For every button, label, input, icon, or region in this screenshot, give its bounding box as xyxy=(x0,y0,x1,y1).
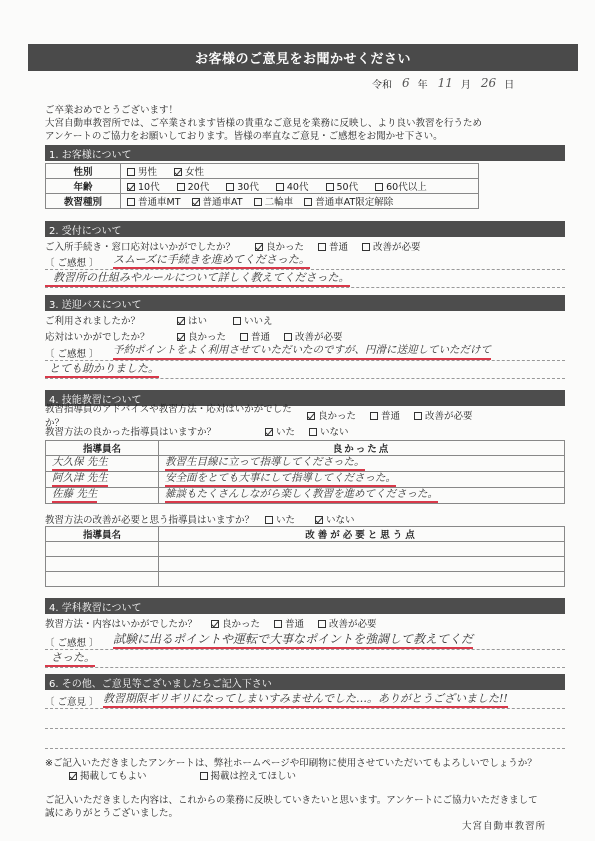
checkbox-checked-icon[interactable] xyxy=(177,333,185,341)
checkbox-icon[interactable] xyxy=(233,317,241,325)
opinion-line-2[interactable] xyxy=(45,710,565,729)
bus-impression-line-1[interactable]: 〔 ご感想 〕 予約ポイントをよく利用させていただいたのですが、円滑に送迎してい… xyxy=(45,344,565,361)
section-header-customer: 1. お客様について xyxy=(45,145,565,161)
instructor-name-cell[interactable]: 佐藤 先生 xyxy=(46,488,159,504)
impression-text: 予約ポイントをよく利用させていただいたのですが、円滑に送迎していただけて xyxy=(113,343,491,360)
instructor-name: 大久保 先生 xyxy=(52,456,108,471)
publish-question: ※ご記入いただきましたアンケートは、弊社ホームページや印刷物に使用させていただい… xyxy=(45,757,575,770)
instructor-name: 阿久津 先生 xyxy=(52,472,108,487)
option-label: 普通 xyxy=(285,619,304,630)
question-text: ご利用されましたか？ xyxy=(45,313,177,327)
closing-line: 誠にありがとうございました。 xyxy=(45,807,575,820)
improve-instructor-table: 指導員名 改善が必要と思う点 xyxy=(45,526,565,587)
table-row xyxy=(46,572,565,587)
row-options: 普通車MT 普通車AT 二輪車 普通車AT限定解除 xyxy=(121,194,479,209)
table-row xyxy=(46,557,565,572)
checkbox-icon[interactable] xyxy=(226,183,234,191)
option-label: いいえ xyxy=(244,316,273,327)
closing-line: ご記入いただきました内容は、これからの業務に反映していきたいと思います。アンケー… xyxy=(45,794,575,807)
option-needs-improvement[interactable]: 改善が必要 xyxy=(284,329,343,343)
checkbox-icon[interactable] xyxy=(127,168,135,176)
option-label: 改善が必要 xyxy=(425,411,473,422)
question-text: 応対はいかがでしたか？ xyxy=(45,329,177,343)
opinion-label: 〔 ご意見 〕 xyxy=(45,694,103,708)
checkbox-checked-icon[interactable] xyxy=(315,516,323,524)
table-row-course: 教習種別 普通車MT 普通車AT 二輪車 普通車AT限定解除 xyxy=(46,194,479,209)
option-normal[interactable]: 普通 xyxy=(240,329,270,343)
option-label: 良かった xyxy=(222,619,260,630)
date-month-unit: 月 xyxy=(461,76,471,91)
option-good[interactable]: 良かった xyxy=(307,408,356,422)
survey-title: お客様のご意見をお聞かせください xyxy=(28,44,578,71)
row-options: 男性 女性 xyxy=(121,164,479,179)
date-day-unit: 日 xyxy=(504,76,514,91)
option-normal[interactable]: 普通 xyxy=(274,616,304,630)
table-row: 大久保 先生 教習生目線に立って指導してくださった。 xyxy=(46,456,565,472)
option-label: いた xyxy=(276,515,295,526)
option-needs-improvement[interactable]: 改善が必要 xyxy=(318,616,377,630)
date-year-unit: 年 xyxy=(418,76,428,91)
intro-line: 大宮自動車教習所では、ご卒業されます皆様の貴重なご意見を業務に反映し、より良い教… xyxy=(45,117,565,130)
good-point-text: 雑談もたくさんしながら楽しく教習を進めてくださった。 xyxy=(165,488,438,503)
good-point-text: 安全面をとても大事にして指導してくださった。 xyxy=(165,472,396,487)
classroom-question: 教習方法・内容はいかがでしたか？ 良かった 普通 改善が必要 xyxy=(45,615,565,630)
improve-point-cell[interactable] xyxy=(159,572,565,587)
bus-service-question: 応対はいかがでしたか？ 良かった 普通 改善が必要 xyxy=(45,328,565,343)
option-label: 改善が必要 xyxy=(295,332,343,343)
option-30s[interactable]: 30代 xyxy=(226,179,259,193)
checkbox-checked-icon[interactable] xyxy=(307,412,315,420)
column-header-good-points: 良かった点 xyxy=(159,441,565,456)
instructor-name: 佐藤 先生 xyxy=(52,488,97,503)
reception-impression-line-1[interactable]: 〔 ご感想 〕 スムーズに手続きを進めてくださった。 xyxy=(45,254,565,270)
option-label: 良かった xyxy=(266,242,304,253)
checkbox-checked-icon[interactable] xyxy=(265,428,273,436)
impression-text: 教習所の仕組みやルールについて詳しく教えてくださった。 xyxy=(45,270,350,287)
improve-point-cell[interactable] xyxy=(159,557,565,572)
date-day[interactable]: 26 xyxy=(481,76,496,90)
intro-text: ご卒業おめでとうございます！ 大宮自動車教習所では、ご卒業されます皆様の貴重なご… xyxy=(45,104,565,143)
option-label: 良かった xyxy=(188,332,226,343)
improve-point-cell[interactable] xyxy=(159,542,565,557)
option-10s[interactable]: 10代 xyxy=(127,179,160,193)
opinion-text: 教習期限ギリギリになってしまいすみませんでした…。ありがとうございました!! xyxy=(103,691,508,708)
option-good[interactable]: 良かった xyxy=(255,239,304,253)
column-header-instructor: 指導員名 xyxy=(46,527,159,542)
option-publish-ok[interactable]: 掲載してもよい xyxy=(69,770,147,783)
option-motorcycle[interactable]: 二輪車 xyxy=(254,194,294,208)
option-label: 女性 xyxy=(185,167,204,178)
opinion-line-1[interactable]: 〔 ご意見 〕 教習期限ギリギリになってしまいすみませんでした…。ありがとうござ… xyxy=(45,691,565,709)
good-instructor-table: 指導員名 良かった点 大久保 先生 教習生目線に立って指導してくださった。 阿久… xyxy=(45,440,565,504)
option-no[interactable]: いいえ xyxy=(233,313,273,327)
impression-text: 試験に出るポイントや運転で大事なポイントを強調して教えてくだ xyxy=(113,632,473,649)
impression-label: 〔 ご感想 〕 xyxy=(45,635,113,649)
instructor-name-cell[interactable]: 大久保 先生 xyxy=(46,456,159,472)
column-header-improve-points: 改善が必要と思う点 xyxy=(159,527,565,542)
option-60s-plus[interactable]: 60代以上 xyxy=(375,179,427,193)
option-label: 二輪車 xyxy=(265,197,294,208)
column-header-instructor: 指導員名 xyxy=(46,441,159,456)
impression-text: さった。 xyxy=(45,650,95,667)
option-at-limit-removal[interactable]: 普通車AT限定解除 xyxy=(304,194,393,208)
bus-usage-question: ご利用されましたか？ はい いいえ xyxy=(45,312,565,327)
checkbox-icon[interactable] xyxy=(326,183,334,191)
checkbox-icon[interactable] xyxy=(375,183,383,191)
option-40s[interactable]: 40代 xyxy=(276,179,309,193)
option-male[interactable]: 男性 xyxy=(127,164,157,178)
impression-label: 〔 ご感想 〕 xyxy=(45,346,113,360)
option-label: 普通 xyxy=(329,242,348,253)
option-label: 60代以上 xyxy=(386,182,427,193)
section-header-reception: 2. 受付について xyxy=(45,221,565,237)
option-label: 10代 xyxy=(138,182,160,193)
table-header-row: 指導員名 改善が必要と思う点 xyxy=(46,527,565,542)
checkbox-icon[interactable] xyxy=(200,772,208,780)
checkbox-checked-icon[interactable] xyxy=(174,168,182,176)
row-label: 年齢 xyxy=(46,179,121,194)
option-publish-decline[interactable]: 掲載は控えてほしい xyxy=(200,770,297,783)
reception-question: ご入所手続き・窓口応対はいかがでしたか？ 良かった 普通 改善が必要 xyxy=(45,238,565,253)
section-header-other-comments: 6. その他、ご意見等ございましたらご記入下さい xyxy=(45,674,565,690)
date-line: 令和 6 年 11 月 26 日 xyxy=(372,73,572,93)
instructor-name-cell[interactable] xyxy=(46,557,159,572)
customer-info-table: 性別 男性 女性 年齢 10代 20代 30代 40代 50代 60代以上 教習… xyxy=(45,163,479,209)
option-label: 40代 xyxy=(287,182,309,193)
option-yes[interactable]: いた xyxy=(265,512,295,526)
question-text: ご入所手続き・窓口応対はいかがでしたか？ xyxy=(45,239,255,253)
option-good[interactable]: 良かった xyxy=(177,329,226,343)
good-instructor-question: 教習方法の良かった指導員はいますか？ いた いない xyxy=(45,423,565,438)
option-normal[interactable]: 普通 xyxy=(370,408,400,422)
checkbox-icon[interactable] xyxy=(304,198,312,206)
option-label: 普通車AT xyxy=(203,197,243,208)
intro-line: アンケートのご協力をお願いしております。皆様の率直なご意見・ご感想をお聞かせ下さ… xyxy=(45,130,565,143)
section-header-classroom: 4. 学科教習について xyxy=(45,598,565,614)
option-at[interactable]: 普通車AT xyxy=(192,194,243,208)
option-label: 普通車AT限定解除 xyxy=(315,197,393,208)
question-text: 教習方法の改善が必要と思う指導員はいますか？ xyxy=(45,512,265,526)
checkbox-icon[interactable] xyxy=(414,412,422,420)
option-label: いない xyxy=(326,515,355,526)
option-label: 普通 xyxy=(381,411,400,422)
checkbox-checked-icon[interactable] xyxy=(69,772,77,780)
option-needs-improvement[interactable]: 改善が必要 xyxy=(414,408,473,422)
option-label: 掲載は控えてほしい xyxy=(211,771,297,782)
checkbox-checked-icon[interactable] xyxy=(177,317,185,325)
section-header-shuttle-bus: 3. 送迎バスについて xyxy=(45,295,565,311)
checkbox-icon[interactable] xyxy=(127,198,135,206)
improve-instructor-question: 教習方法の改善が必要と思う指導員はいますか？ いた いない xyxy=(45,511,565,526)
impression-text: とても助かりました。 xyxy=(45,361,159,378)
option-label: いた xyxy=(276,427,295,438)
checkbox-icon[interactable] xyxy=(284,333,292,341)
option-20s[interactable]: 20代 xyxy=(177,179,210,193)
classroom-impression-line-2[interactable]: さった。 xyxy=(45,651,565,668)
instructor-name-cell[interactable]: 阿久津 先生 xyxy=(46,472,159,488)
closing-message: ご記入いただきました内容は、これからの業務に反映していきたいと思います。アンケー… xyxy=(45,794,575,820)
date-month[interactable]: 11 xyxy=(438,76,453,90)
date-era: 令和 xyxy=(372,76,392,91)
checkbox-icon[interactable] xyxy=(370,412,378,420)
instructor-name-cell[interactable] xyxy=(46,542,159,557)
intro-line: ご卒業おめでとうございます！ xyxy=(45,104,565,117)
checkbox-checked-icon[interactable] xyxy=(127,183,135,191)
instructor-advice-question: 教習指導員のアドバイスや教習方法・応対はいかがでしたか？ 良かった 普通 改善が… xyxy=(45,407,565,422)
good-point-cell[interactable]: 教習生目線に立って指導してくださった。 xyxy=(159,456,565,472)
row-label: 教習種別 xyxy=(46,194,121,209)
checkbox-icon[interactable] xyxy=(254,198,262,206)
bus-impression-line-2[interactable]: とても助かりました。 xyxy=(45,362,565,379)
checkbox-checked-icon[interactable] xyxy=(255,243,263,251)
question-text: 教習方法・内容はいかがでしたか？ xyxy=(45,616,211,630)
option-label: 普通 xyxy=(251,332,270,343)
publish-options: 掲載してもよい 掲載は控えてほしい xyxy=(45,770,575,783)
option-female[interactable]: 女性 xyxy=(174,164,204,178)
option-no[interactable]: いない xyxy=(309,424,349,438)
option-label: 改善が必要 xyxy=(373,242,421,253)
instructor-name-cell[interactable] xyxy=(46,572,159,587)
option-label: 改善が必要 xyxy=(329,619,377,630)
impression-text: スムーズに手続きを進めてくださった。 xyxy=(113,252,310,269)
publish-consent: ※ご記入いただきましたアンケートは、弊社ホームページや印刷物に使用させていただい… xyxy=(45,757,575,783)
checkbox-icon[interactable] xyxy=(265,516,273,524)
option-good[interactable]: 良かった xyxy=(211,616,260,630)
option-label: 普通車MT xyxy=(138,197,181,208)
row-label: 性別 xyxy=(46,164,121,179)
checkbox-icon[interactable] xyxy=(177,183,185,191)
signature: 大宮自動車教習所 xyxy=(462,820,546,833)
checkbox-icon[interactable] xyxy=(309,428,317,436)
table-row-age: 年齢 10代 20代 30代 40代 50代 60代以上 xyxy=(46,179,479,194)
good-point-text: 教習生目線に立って指導してくださった。 xyxy=(165,456,365,471)
good-point-cell[interactable]: 雑談もたくさんしながら楽しく教習を進めてくださった。 xyxy=(159,488,565,504)
date-year[interactable]: 6 xyxy=(402,76,410,90)
checkbox-icon[interactable] xyxy=(274,620,282,628)
checkbox-icon[interactable] xyxy=(318,620,326,628)
row-options: 10代 20代 30代 40代 50代 60代以上 xyxy=(121,179,479,194)
checkbox-icon[interactable] xyxy=(318,243,326,251)
option-50s[interactable]: 50代 xyxy=(326,179,359,193)
option-label: 20代 xyxy=(188,182,210,193)
option-mt[interactable]: 普通車MT xyxy=(127,194,181,208)
option-label: はい xyxy=(188,316,207,327)
option-label: 50代 xyxy=(337,182,359,193)
question-text: 教習方法の良かった指導員はいますか？ xyxy=(45,424,265,438)
option-label: 30代 xyxy=(237,182,259,193)
table-row xyxy=(46,542,565,557)
checkbox-checked-icon[interactable] xyxy=(211,620,219,628)
good-point-cell[interactable]: 安全面をとても大事にして指導してくださった。 xyxy=(159,472,565,488)
table-row-gender: 性別 男性 女性 xyxy=(46,164,479,179)
option-normal[interactable]: 普通 xyxy=(318,239,348,253)
checkbox-icon[interactable] xyxy=(240,333,248,341)
option-yes[interactable]: いた xyxy=(265,424,295,438)
option-label: 掲載してもよい xyxy=(80,771,147,782)
checkbox-checked-icon[interactable] xyxy=(192,198,200,206)
option-label: 男性 xyxy=(138,167,157,178)
opinion-line-3[interactable] xyxy=(45,730,565,749)
option-no[interactable]: いない xyxy=(315,512,355,526)
option-yes[interactable]: はい xyxy=(177,313,207,327)
reception-impression-line-2[interactable]: 教習所の仕組みやルールについて詳しく教えてくださった。 xyxy=(45,271,565,288)
table-header-row: 指導員名 良かった点 xyxy=(46,441,565,456)
table-row: 佐藤 先生 雑談もたくさんしながら楽しく教習を進めてくださった。 xyxy=(46,488,565,504)
option-needs-improvement[interactable]: 改善が必要 xyxy=(362,239,421,253)
checkbox-icon[interactable] xyxy=(276,183,284,191)
impression-label: 〔 ご感想 〕 xyxy=(45,255,113,269)
option-label: いない xyxy=(320,427,349,438)
checkbox-icon[interactable] xyxy=(362,243,370,251)
table-row: 阿久津 先生 安全面をとても大事にして指導してくださった。 xyxy=(46,472,565,488)
classroom-impression-line-1[interactable]: 〔 ご感想 〕 試験に出るポイントや運転で大事なポイントを強調して教えてくだ xyxy=(45,631,565,650)
option-label: 良かった xyxy=(318,411,356,422)
